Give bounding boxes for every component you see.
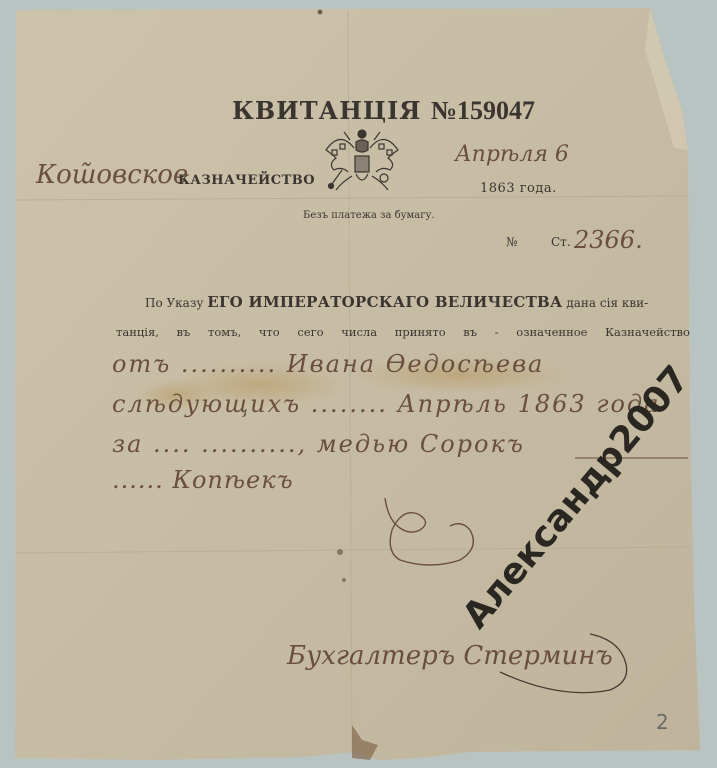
line1-prefix: По Указу (145, 296, 203, 310)
treasury-label: КАЗНАЧЕЙСТВО (178, 173, 315, 188)
handwritten-line-3: за .... .........., медью Сорокъ (112, 430, 525, 458)
handwritten-line-2: слѣдующихъ ........ Апрѣль 1863 года (112, 390, 660, 418)
date-handwritten: Апрѣля 6 (455, 142, 569, 167)
printed-line-2: танція, въ томъ, что сего числа принято … (116, 325, 690, 339)
title-text: КВИТАНЦІЯ (232, 96, 421, 125)
accountant-signature: Бухгалтеръ Стерминъ (287, 641, 613, 671)
receipt-document: КВИТАНЦІЯ №159047 Кош̃овское КАЗНАЧЕЙСТВ… (0, 0, 717, 768)
line1-bold: ЕГО ИМПЕРАТОРСКАГО ВЕЛИЧЕСТВА (207, 293, 562, 311)
receipt-number: 159047 (457, 96, 535, 125)
number-sign-label: № (506, 235, 517, 249)
article-label: Ст. (551, 235, 571, 249)
handwritten-line-1: отъ .......... Ивана Ѳедосѣева (112, 350, 544, 378)
receipt-title: КВИТАНЦІЯ №159047 (232, 96, 535, 126)
article-number-handwritten: 2366. (574, 226, 643, 254)
no-fee-note: Безъ платежа за бумагу. (303, 210, 435, 221)
line1-suffix: дана сія кви- (566, 296, 648, 310)
number-sign: № (431, 96, 457, 125)
handwritten-line-4: ...... Копѣекъ (112, 466, 294, 494)
printed-line-1: По Указу ЕГО ИМПЕРАТОРСКАГО ВЕЛИЧЕСТВА д… (145, 293, 648, 311)
year-label: 1863 года. (480, 181, 557, 196)
treasury-name-handwritten: Кош̃овское (36, 160, 188, 190)
page-number: 2 (656, 710, 669, 734)
